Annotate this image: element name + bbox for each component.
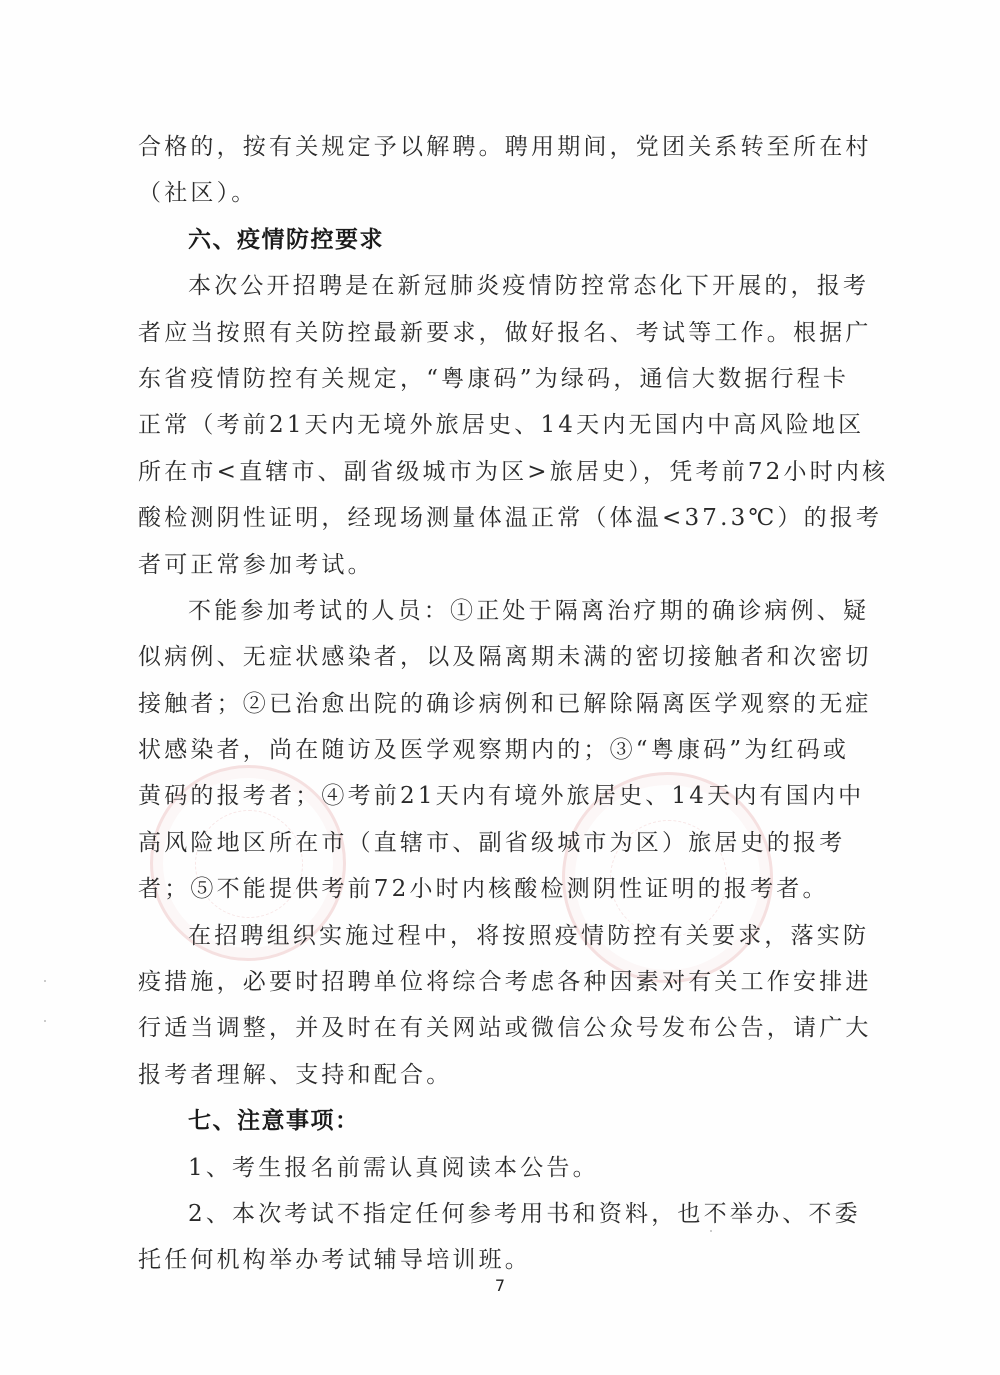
list-item: 2、本次考试不指定任何参考用书和资料，也不举办、不委 bbox=[138, 1191, 874, 1237]
text-line: 黄码的报考者；④考前21天内有境外旅居史、14天内有国内中 bbox=[138, 773, 874, 819]
section-heading-epidemic-prevention: 六、疫情防控要求 bbox=[138, 217, 874, 263]
text-line: 疫措施，必要时招聘单位将综合考虑各种因素对有关工作安排进 bbox=[138, 959, 874, 1005]
text-line: 正常（考前21天内无境外旅居史、14天内无国内中高风险地区 bbox=[138, 402, 874, 448]
text-line: 接触者；②已治愈出院的确诊病例和已解除隔离医学观察的无症 bbox=[138, 681, 874, 727]
text-line: 报考者理解、支持和配合。 bbox=[138, 1052, 874, 1098]
text-line: 高风险地区所在市（直辖市、副省级城市为区）旅居史的报考 bbox=[138, 820, 874, 866]
text-line: 合格的，按有关规定予以解聘。聘用期间，党团关系转至所在村 bbox=[138, 124, 874, 170]
scan-speck bbox=[44, 980, 46, 982]
text-line: 者可正常参加考试。 bbox=[138, 542, 874, 588]
paragraph-start: 在招聘组织实施过程中，将按照疫情防控有关要求，落实防 bbox=[138, 913, 874, 959]
text-line: 似病例、无症状感染者，以及隔离期未满的密切接触者和次密切 bbox=[138, 634, 874, 680]
text-line: 行适当调整，并及时在有关网站或微信公众号发布公告，请广大 bbox=[138, 1005, 874, 1051]
text-line: （社区）。 bbox=[138, 170, 874, 216]
section-heading-notes: 七、注意事项： bbox=[138, 1098, 874, 1144]
document-body: 合格的，按有关规定予以解聘。聘用期间，党团关系转至所在村 （社区）。 六、疫情防… bbox=[138, 124, 874, 1284]
list-item: 1、考生报名前需认真阅读本公告。 bbox=[138, 1145, 874, 1191]
text-line: 者；⑤不能提供考前72小时内核酸检测阴性证明的报考者。 bbox=[138, 866, 874, 912]
paragraph-start: 不能参加考试的人员：①正处于隔离治疗期的确诊病例、疑 bbox=[138, 588, 874, 634]
paragraph-start: 本次公开招聘是在新冠肺炎疫情防控常态化下开展的，报考 bbox=[138, 263, 874, 309]
text-line: 东省疫情防控有关规定，“粤康码”为绿码，通信大数据行程卡 bbox=[138, 356, 874, 402]
text-line: 酸检测阴性证明，经现场测量体温正常（体温<37.3℃）的报考 bbox=[138, 495, 874, 541]
text-line: 所在市<直辖市、副省级城市为区>旅居史），凭考前72小时内核 bbox=[138, 449, 874, 495]
scan-speck bbox=[44, 1020, 46, 1022]
document-page: 合格的，按有关规定予以解聘。聘用期间，党团关系转至所在村 （社区）。 六、疫情防… bbox=[0, 0, 1000, 1375]
text-line: 者应当按照有关防控最新要求，做好报名、考试等工作。根据广 bbox=[138, 310, 874, 356]
text-line: 状感染者，尚在随访及医学观察期内的；③“粤康码”为红码或 bbox=[138, 727, 874, 773]
page-number: 7 bbox=[0, 1276, 1000, 1295]
